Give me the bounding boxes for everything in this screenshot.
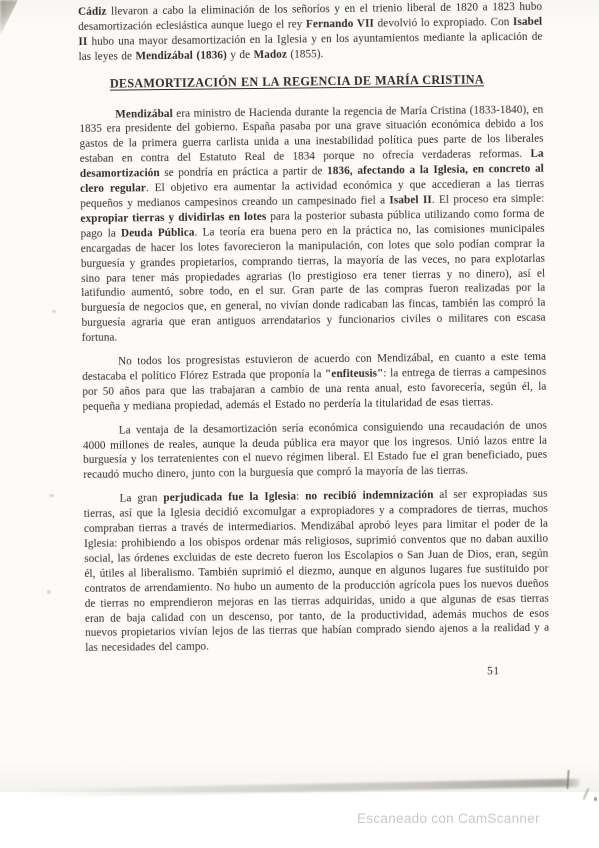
paragraph-mendizabal: Mendizábal era ministro de Hacienda dura…	[79, 102, 546, 346]
section-heading: DESAMORTIZACIÓN EN LA REGENCIA DE MARÍA …	[110, 72, 484, 91]
paragraph-intro: Cádiz llevaron a cabo la eliminación de …	[78, 0, 543, 65]
paragraph-ventaja: La ventaja de la desamortización sería e…	[83, 418, 548, 483]
scan-edge-mark	[594, 797, 597, 801]
scanned-document-page: Cádiz llevaron a cabo la eliminación de …	[0, 0, 599, 848]
page-text-block: Cádiz llevaron a cabo la eliminación de …	[78, 0, 550, 684]
scan-speck	[52, 310, 56, 313]
scan-speck	[49, 494, 54, 497]
scan-speck	[47, 590, 51, 594]
paragraph-iglesia: La gran perjudicada fue la Iglesia: no r…	[84, 487, 550, 656]
paragraph-enfiteusis: No todos los progresistas estuvieron de …	[82, 350, 547, 415]
camscanner-watermark: Escaneado con CamScanner	[357, 811, 540, 826]
